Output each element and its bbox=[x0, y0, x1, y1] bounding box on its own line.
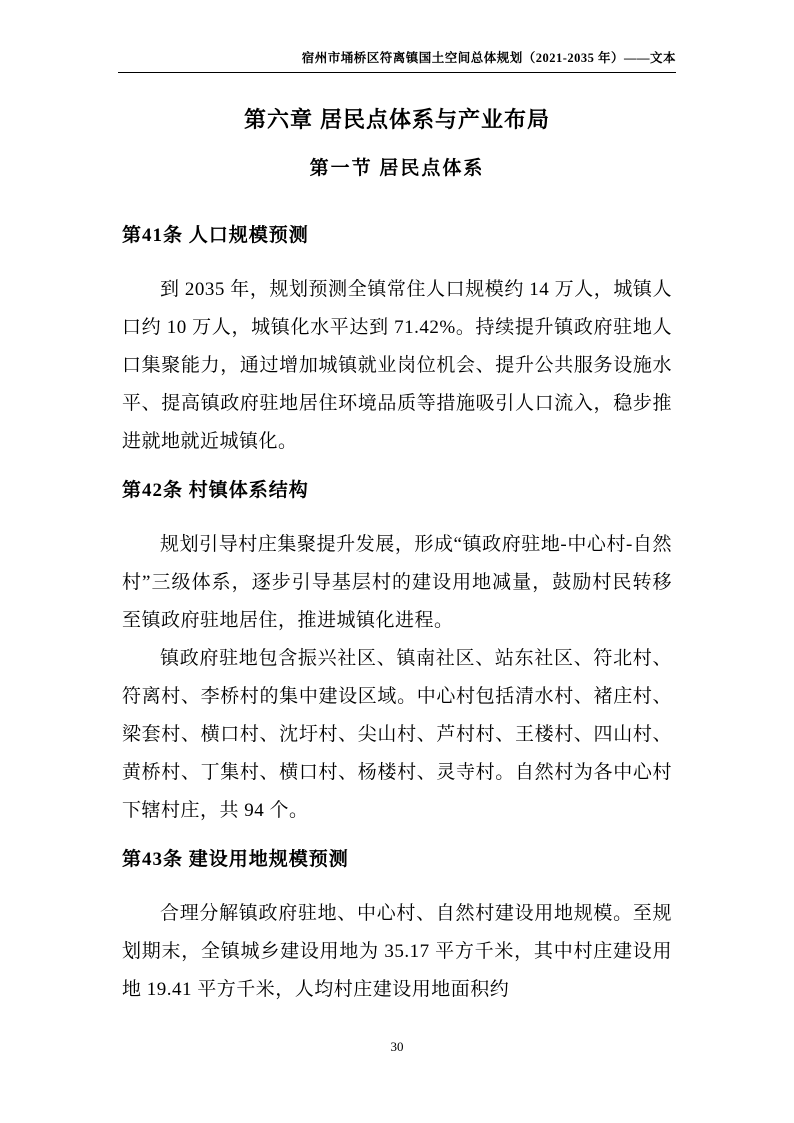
page-footer: 30 bbox=[0, 1038, 794, 1056]
header-title: 宿州市埇桥区符离镇国土空间总体规划（2021-2035 年）——文本 bbox=[118, 50, 676, 67]
section-title: 第一节 居民点体系 bbox=[122, 156, 672, 182]
article-43: 第43条 建设用地规模预测 合理分解镇政府驻地、中心村、自然村建设用地规模。至规… bbox=[122, 848, 672, 1009]
article-42-paragraph-1: 规划引导村庄集聚提升发展，形成“镇政府驻地-中心村-自然村”三级体系，逐步引导基… bbox=[122, 526, 672, 640]
article-42-heading: 第42条 村镇体系结构 bbox=[122, 479, 672, 503]
article-42: 第42条 村镇体系结构 规划引导村庄集聚提升发展，形成“镇政府驻地-中心村-自然… bbox=[122, 479, 672, 830]
article-42-paragraph-2: 镇政府驻地包含振兴社区、镇南社区、站东社区、符北村、符离村、李桥村的集中建设区域… bbox=[122, 640, 672, 830]
article-41-paragraph-1: 到 2035 年，规划预测全镇常住人口规模约 14 万人，城镇人口约 10 万人… bbox=[122, 271, 672, 461]
article-41-heading: 第41条 人口规模预测 bbox=[122, 224, 672, 248]
article-43-heading: 第43条 建设用地规模预测 bbox=[122, 848, 672, 872]
document-page: 宿州市埇桥区符离镇国土空间总体规划（2021-2035 年）——文本 第六章 居… bbox=[0, 0, 794, 1123]
page-content: 第六章 居民点体系与产业布局 第一节 居民点体系 第41条 人口规模预测 到 2… bbox=[122, 105, 672, 1009]
page-header: 宿州市埇桥区符离镇国土空间总体规划（2021-2035 年）——文本 bbox=[118, 0, 676, 73]
chapter-title: 第六章 居民点体系与产业布局 bbox=[122, 105, 672, 135]
page-number: 30 bbox=[391, 1039, 404, 1054]
header-rule bbox=[118, 72, 676, 73]
article-43-paragraph-1: 合理分解镇政府驻地、中心村、自然村建设用地规模。至规划期末，全镇城乡建设用地为 … bbox=[122, 895, 672, 1009]
article-41: 第41条 人口规模预测 到 2035 年，规划预测全镇常住人口规模约 14 万人… bbox=[122, 224, 672, 461]
